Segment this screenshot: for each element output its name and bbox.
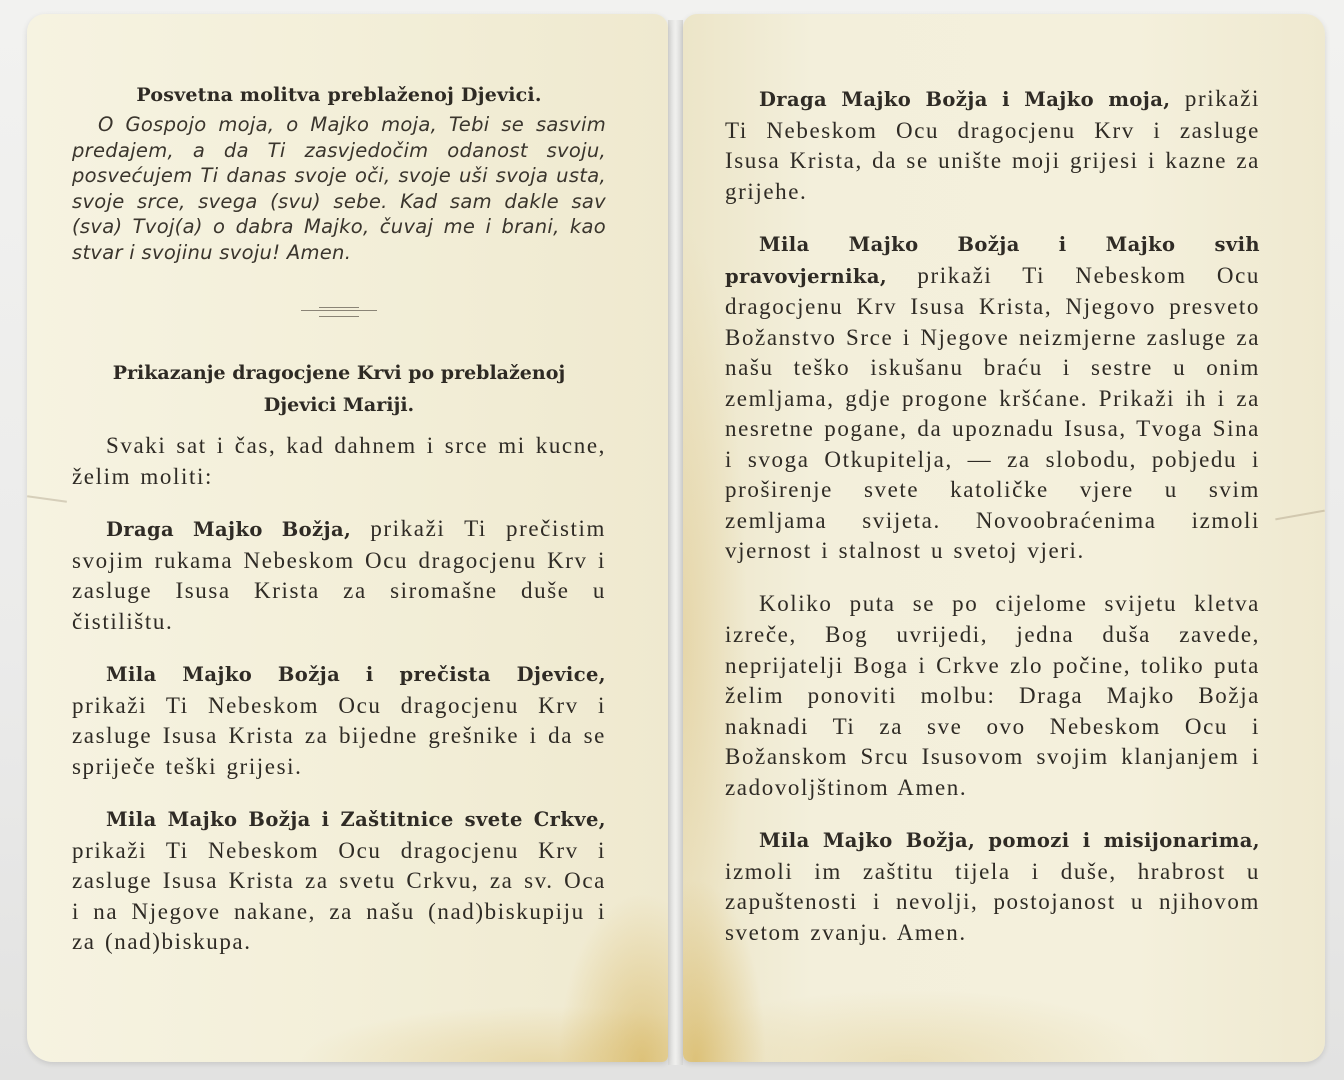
section-title-consecration: Posvetna molitva preblaženoj Djevici. xyxy=(72,84,606,106)
prayer-lead: Mila Majko Božja i prečista Djevice, xyxy=(106,663,606,686)
book-gutter xyxy=(668,20,683,1065)
section-title-offering: Prikazanje dragocjene Krvi po preblaženo… xyxy=(72,357,606,421)
section-title-offering-line1: Prikazanje dragocjene Krvi po preblaženo… xyxy=(72,357,606,389)
offering-intro-text: Svaki sat i čas, kad dahnem i srce mi ku… xyxy=(72,431,606,492)
right-page-content: Draga Majko Božja i Majko moja, prikaži … xyxy=(725,84,1260,948)
prayer-paragraph: Koliko puta se po cijelome svijetu kletv… xyxy=(725,589,1260,804)
prayer-text: prikaži Ti Nebeskom Ocu dragocjenu Krv i… xyxy=(72,838,606,955)
prayer-lead: Mila Majko Božja, pomozi i misijonarima, xyxy=(759,829,1260,852)
prayer-paragraph: Mila Majko Božja i Majko svih pravovjern… xyxy=(725,229,1260,567)
left-page: Posvetna molitva preblaženoj Djevici. O … xyxy=(27,14,668,1062)
paper-crease xyxy=(1275,510,1325,521)
consecration-prayer-text: O Gospojo moja, o Majko moja, Tebi se sa… xyxy=(72,112,606,265)
section-title-offering-line2: Djevici Mariji. xyxy=(72,389,606,421)
paper-crease xyxy=(27,495,67,503)
prayer-lead: Draga Majko Božja, xyxy=(106,518,351,541)
prayer-text: prikaži Ti Nebeskom Ocu dragocjenu Krv i… xyxy=(72,693,606,779)
prayer-lead: Mila Majko Božja i Zaštitnice svete Crkv… xyxy=(106,808,606,831)
left-page-content: Posvetna molitva preblaženoj Djevici. O … xyxy=(72,84,606,958)
prayer-paragraph: Mila Majko Božja i prečista Djevice, pri… xyxy=(72,659,606,782)
prayer-paragraph: Mila Majko Božja, pomozi i misijonarima,… xyxy=(725,825,1260,948)
prayer-paragraph: Draga Majko Božja, prikaži Ti prečistim … xyxy=(72,514,606,637)
prayer-lead: Draga Majko Božja i Majko moja, xyxy=(759,88,1170,111)
prayer-paragraph: Draga Majko Božja i Majko moja, prikaži … xyxy=(725,84,1260,207)
prayer-text: izmoli im zaštitu tijela i duše, hrabros… xyxy=(725,859,1260,945)
ornament-divider xyxy=(301,307,377,319)
prayer-text: prikaži Ti Nebeskom Ocu dragocjenu Krv I… xyxy=(725,263,1260,564)
prayer-paragraph: Mila Majko Božja i Zaštitnice svete Crkv… xyxy=(72,804,606,958)
prayer-text: Koliko puta se po cijelome svijetu kletv… xyxy=(725,591,1260,800)
right-page: Draga Majko Božja i Majko moja, prikaži … xyxy=(683,14,1325,1062)
